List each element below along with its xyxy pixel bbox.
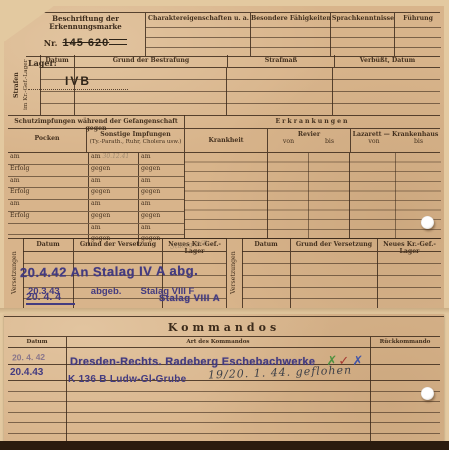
- impf-row-cell: am: [139, 153, 184, 164]
- revier-von-label: von: [268, 139, 309, 146]
- versetzungen-right-table: Versetzungen Datum Grund der Versetzung …: [226, 238, 441, 309]
- impf-row-cell: gegen: [139, 165, 184, 176]
- impf-row-cell: am: [89, 177, 139, 188]
- versetz-stamp-2-grund: abgeb.: [91, 286, 122, 297]
- impf-hand-note: 30.12.41: [103, 153, 130, 160]
- strafen-empty-rows: [40, 68, 440, 115]
- strafen-side-line2: im Kr.-Gef.-Lager: [23, 57, 29, 113]
- sprachkenntnisse-header: Sprachkenntnisse: [331, 13, 395, 27]
- strafen-grund-header: Grund der Bestrafung: [75, 55, 228, 67]
- impf-row-cell: gegen: [89, 212, 139, 223]
- lazarett-header-label: Lazarett — Krankenhaus: [351, 129, 440, 139]
- impf-row-cell: am: [8, 153, 89, 164]
- faehigkeiten-column: Besondere Fähigkeiten: [250, 13, 331, 56]
- revier-bis-label: bis: [309, 139, 350, 146]
- versetz-neues-header: Neues Kr.-Gef.-Lager: [378, 239, 441, 251]
- lazarett-header: Lazarett — Krankenhaus von bis: [351, 129, 440, 152]
- nr-strike-lines: [109, 39, 127, 45]
- krankheit-header: Krankheit: [185, 129, 268, 152]
- kommando-row-datum: 20.4.43: [8, 365, 68, 380]
- versetz-grund-header: Grund der Versetzung: [291, 239, 378, 251]
- revier-header-label: Revier: [268, 129, 350, 139]
- charakter-column: Charaktereigenschaften u. a.: [145, 13, 251, 56]
- upper-card: Beschriftung der Erkennungsmarke Nr. 145…: [4, 6, 444, 308]
- versetz-datum-header: Datum: [242, 239, 291, 251]
- pocken-header: Pocken: [8, 129, 87, 152]
- impf-row-cell: Erfolg: [8, 188, 89, 199]
- impf-row-cell: gegen: [89, 165, 139, 176]
- sonstige-header-line2: (Ty.-Parath., Ruhr, Cholera usw.): [87, 139, 184, 145]
- versetz-stamp-1: 20.4.42 An Stalag IV A abg.: [20, 263, 198, 280]
- nr-value: 145 620: [62, 37, 109, 49]
- kommandos-row: 20.4.43 K 136 B Ludw-Gl-Grube 19/20. 1. …: [8, 365, 440, 381]
- impf-row-cell: [8, 224, 89, 235]
- sprachkenntnisse-column: Sprachkenntnisse: [330, 13, 395, 56]
- strafen-verbuesst-header: Verbüßt, Datum: [335, 55, 440, 67]
- impf-row-cell: am: [89, 224, 139, 235]
- faehigkeiten-header: Besondere Fähigkeiten: [251, 13, 331, 27]
- kommando-row-datum: 20. 4. 42: [8, 347, 70, 364]
- versetz-stamp-3-lager: Stalag VIII A: [159, 293, 220, 304]
- impf-row-cell: am: [89, 200, 139, 211]
- nr-label: Nr.: [44, 38, 58, 48]
- identification-section: Beschriftung der Erkennungsmarke Nr. 145…: [26, 12, 440, 57]
- impf-row-cell: am 30.12.41: [89, 153, 139, 164]
- impf-row-cell: am: [139, 200, 184, 211]
- kommando-hand-note: 19/20. 1. 44. geflohen: [208, 363, 352, 381]
- impf-row-cell: am: [8, 200, 89, 211]
- strafen-table: Strafen im Kr.-Gef.-Lager Datum Grund de…: [8, 55, 440, 116]
- impf-row-cell: gegen: [139, 188, 184, 199]
- impf-row-cell: gegen: [139, 212, 184, 223]
- versetzungen-section: Versetzungen Datum Grund der Versetzung …: [8, 238, 440, 308]
- impf-row-cell: Erfolg: [8, 212, 89, 223]
- kommandos-row: 20. 4. 42 Dresden-Rechts. Radeberg Esche…: [8, 348, 440, 365]
- hole-punch-top: [421, 216, 434, 229]
- hole-punch-bottom: [421, 387, 434, 400]
- kommandos-card: Kommandos Datum Art des Kommandos Rückko…: [4, 314, 444, 441]
- sonstige-header-line1: Sonstige Impfungen: [87, 132, 184, 139]
- kommandos-title: Kommandos: [4, 321, 444, 334]
- strafen-strafmass-header: Strafmaß: [228, 55, 335, 67]
- fuehrung-header: Führung: [395, 13, 441, 27]
- impf-row-cell: am: [139, 224, 184, 235]
- strafen-side-line1: Strafen: [14, 57, 21, 113]
- revier-header: Revier von bis: [268, 129, 351, 152]
- versetz-datum-header: Datum: [23, 239, 74, 251]
- impf-row-cell: Erfolg: [8, 165, 89, 176]
- versetzungen-side-text: Versetzungen: [12, 240, 19, 306]
- lazarett-von-label: von: [351, 139, 397, 146]
- kommandos-rueck-header: Rückkommando: [370, 337, 440, 347]
- versetz-grund-header: Grund der Versetzung: [74, 239, 163, 251]
- kommandos-art-header: Art des Kommandos: [66, 337, 370, 347]
- impf-row-cell: gegen: [89, 188, 139, 199]
- erkrankungen-empty-grid: [184, 153, 441, 239]
- kommandos-empty-rows: [8, 381, 440, 444]
- scanned-pow-record-card: { "top": { "beschriftung": "Beschriftung…: [0, 0, 449, 450]
- impf-row-cell: am: [139, 177, 184, 188]
- erkrankungen-span-header: Erkrankungen: [185, 115, 440, 128]
- strafen-datum-header: Datum: [40, 55, 75, 67]
- erkennungsmarke-label: Beschriftung der Erkennungsmarke: [26, 13, 145, 30]
- scan-bottom-edge: [0, 441, 449, 450]
- impf-row-cell: am: [8, 177, 89, 188]
- lazarett-bis-label: bis: [397, 139, 440, 146]
- erkennungsmarke-box: Beschriftung der Erkennungsmarke Nr. 145…: [26, 13, 145, 56]
- impfungen-erkrankungen-table: Schutzimpfungen während der Gefangenscha…: [8, 115, 440, 239]
- versetz-right-rows: [242, 252, 441, 309]
- fuehrung-column: Führung: [394, 13, 441, 56]
- charakter-header: Charaktereigenschaften u. a.: [146, 13, 251, 27]
- kommandos-table: Datum Art des Kommandos Rückkommando 20.…: [8, 336, 440, 442]
- kommandos-datum-header: Datum: [8, 337, 66, 347]
- versetz-stamp-3-datum: 20. 4. 4: [26, 291, 75, 305]
- impfungen-span-header: Schutzimpfungen während der Gefangenscha…: [8, 115, 185, 128]
- sonstige-header: Sonstige Impfungen (Ty.-Parath., Ruhr, C…: [87, 129, 185, 152]
- strafen-side-label: Strafen im Kr.-Gef.-Lager: [8, 55, 41, 115]
